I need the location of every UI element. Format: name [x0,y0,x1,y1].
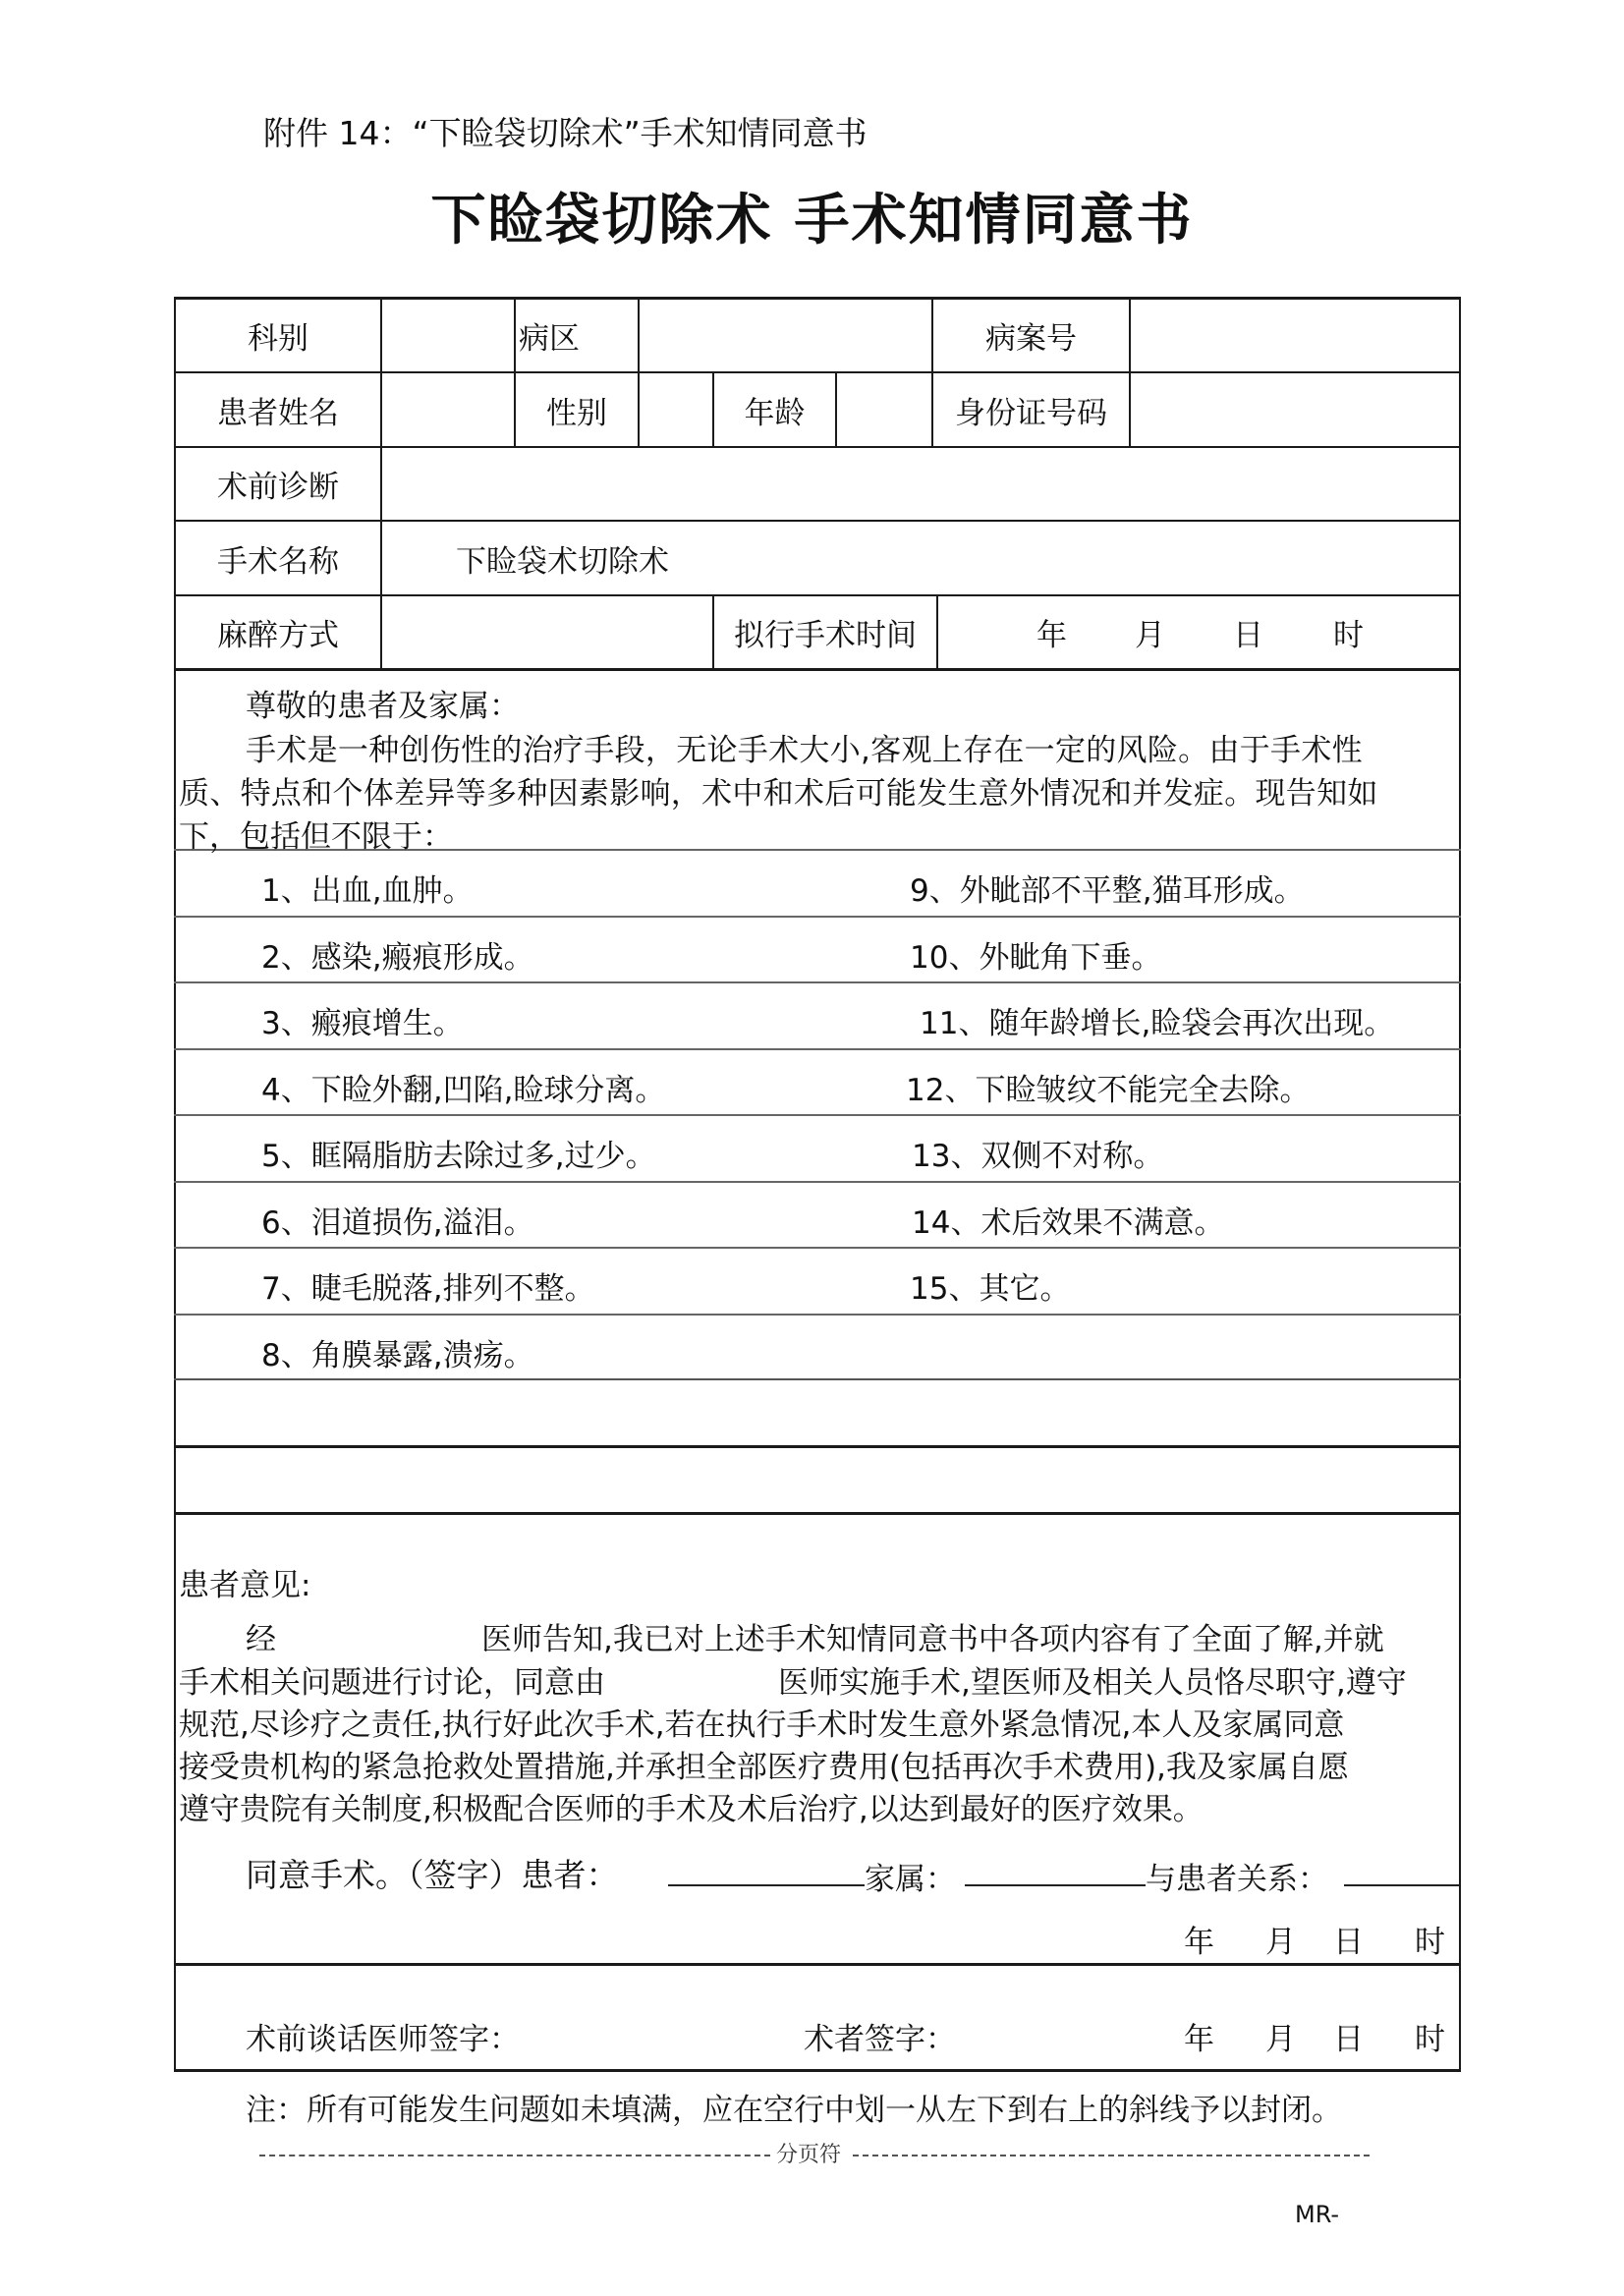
hour-unit: 时 [1333,610,1364,654]
ward-field[interactable] [640,300,931,371]
case-number-label: 病案号 [933,300,1129,371]
row-divider [174,1048,1461,1050]
sign-date-day: 日 [1333,2014,1364,2058]
age-field[interactable] [837,373,931,446]
intro-line-1: 手术是一种创伤性的治疗手段，无论手术大小,客观上存在一定的风险。由于手术性 [246,725,1363,769]
row-divider [174,1181,1461,1183]
opinion-line-3: 规范,尽诊疗之责任,执行好此次手术,若在执行手术时发生意外紧急情况,本人及家属同… [179,1700,1344,1744]
anesthesia-label: 麻醉方式 [176,596,380,668]
consent-date-year: 年 [1184,1917,1214,1961]
risk-item-9: 9、外眦部不平整,猫耳形成。 [910,866,1305,910]
risk-item-4: 4、下睑外翻,凹陷,睑球分离。 [261,1065,665,1109]
surgery-name-label: 手术名称 [176,522,380,594]
title-part2: 手术知情同意书 [773,189,1194,252]
gender-field[interactable] [640,373,712,446]
risk-item-5: 5、眶隔脂肪去除过多,过少。 [261,1131,656,1175]
patient-name-label: 患者姓名 [176,373,380,446]
patient-name-field[interactable] [382,373,514,446]
row-divider [174,1247,1461,1249]
intro-salutation: 尊敬的患者及家属： [246,681,520,725]
page-break-line-right [853,2155,1370,2156]
sign-date-month: 月 [1265,2014,1296,2058]
surgery-name-field[interactable]: 下睑袋术切除术 [456,522,1438,594]
row-divider [174,1114,1461,1116]
family-signature-field[interactable] [965,1884,1146,1886]
opinion-line-5: 遵守贵院有关制度,积极配合医师的手术及术后治疗,以达到最好的医疗效果。 [179,1784,1204,1828]
page-break-line-left [259,2155,770,2156]
consent-date-month: 月 [1265,1917,1296,1961]
opinion-line-4: 接受贵机构的紧急抢救处置措施,并承担全部医疗费用(包括再次手术费用),我及家属自… [179,1742,1349,1786]
page-break-label: 分页符 [776,2138,841,2168]
relation-label: 与患者关系： [1146,1854,1328,1898]
year-unit: 年 [1036,610,1067,654]
risk-item-2: 2、感染,瘢痕形成。 [261,932,534,977]
consent-date-day: 日 [1333,1917,1364,1961]
risk-item-11: 11、随年龄增长,睑袋会再次出现。 [920,998,1394,1042]
case-number-field[interactable] [1131,300,1459,371]
department-field[interactable] [382,300,514,371]
risk-item-15: 15、其它。 [910,1263,1070,1308]
opinion-line-2a: 手术相关问题进行讨论，同意由 [179,1657,605,1702]
risk-item-10: 10、外眦角下垂。 [910,932,1161,977]
day-unit: 日 [1233,610,1263,654]
risk-item-7: 7、睫毛脱落,排列不整。 [261,1263,595,1308]
ward-label: 病区 [519,300,637,371]
row-divider [174,1512,1461,1515]
table-border-bottom [174,2069,1461,2072]
relation-field[interactable] [1344,1884,1459,1886]
row-divider [174,1963,1461,1966]
preop-diagnosis-field[interactable] [382,448,1459,520]
footer-note: 注：所有可能发生问题如未填满，应在空行中划一从左下到右上的斜线予以封闭。 [246,2085,1342,2129]
row-divider [174,1314,1461,1316]
preop-diagnosis-label: 术前诊断 [176,448,380,520]
planned-time-label: 拟行手术时间 [714,596,936,668]
blank-row[interactable] [176,1448,1459,1512]
risk-item-6: 6、泪道损伤,溢泪。 [261,1198,534,1242]
opinion-line-2b: 医师实施手术,望医师及相关人员恪尽职守,遵守 [778,1657,1407,1702]
planned-time-field[interactable]: 年 月 日 时 [938,596,1459,668]
intro-line-3: 下，包括但不限于： [179,812,453,856]
risk-item-13: 13、双侧不对称。 [912,1131,1163,1175]
preop-doctor-signature-label: 术前谈话医师签字： [246,2014,520,2058]
blank-row[interactable] [176,1381,1459,1445]
department-label: 科别 [176,300,380,371]
anesthesia-field[interactable] [382,596,712,668]
risk-item-8: 8、角膜暴露,溃疡。 [261,1330,534,1374]
risk-item-1: 1、出血,血肿。 [261,866,474,910]
risk-item-12: 12、下睑皱纹不能完全去除。 [906,1065,1310,1109]
consent-date-hour: 时 [1415,1917,1445,1961]
surgeon-signature-label: 术者签字： [804,2014,956,2058]
surgeon-signature-field[interactable] [955,2004,1171,2053]
sign-date-hour: 时 [1415,2014,1445,2058]
table-border-right [1459,297,1461,2071]
age-label: 年龄 [714,373,835,446]
document-code: MR- [1295,2201,1339,2228]
intro-line-2: 质、特点和个体差异等多种因素影响，术中和术后可能发生意外情况和并发症。现告知如 [179,768,1378,812]
risk-item-3: 3、瘢痕增生。 [261,998,464,1042]
row-divider [174,668,1461,671]
id-number-field[interactable] [1131,373,1459,446]
annex-label: 附件 14：“下睑袋切除术”手术知情同意书 [263,108,868,154]
preop-doctor-signature-field[interactable] [531,2004,786,2053]
row-divider [174,1378,1461,1380]
gender-label: 性别 [516,373,638,446]
document-title: 下睑袋切除术手术知情同意书 [0,177,1624,255]
patient-signature-field[interactable] [668,1884,865,1886]
opinion-line-1a: 经 [246,1614,276,1658]
id-number-label: 身份证号码 [933,373,1129,446]
title-part1: 下睑袋切除术 [431,189,773,252]
consent-label: 同意手术。（签字）患者： [246,1850,619,1896]
row-divider [174,916,1461,918]
row-divider [174,981,1461,983]
patient-opinion-label: 患者意见: [179,1560,310,1604]
opinion-line-1b: 医师告知,我已对上述手术知情同意书中各项内容有了全面了解,并就 [481,1614,1384,1658]
month-unit: 月 [1135,610,1165,654]
family-label: 家属： [865,1854,956,1898]
risk-item-14: 14、术后效果不满意。 [912,1198,1224,1242]
sign-date-year: 年 [1184,2014,1214,2058]
